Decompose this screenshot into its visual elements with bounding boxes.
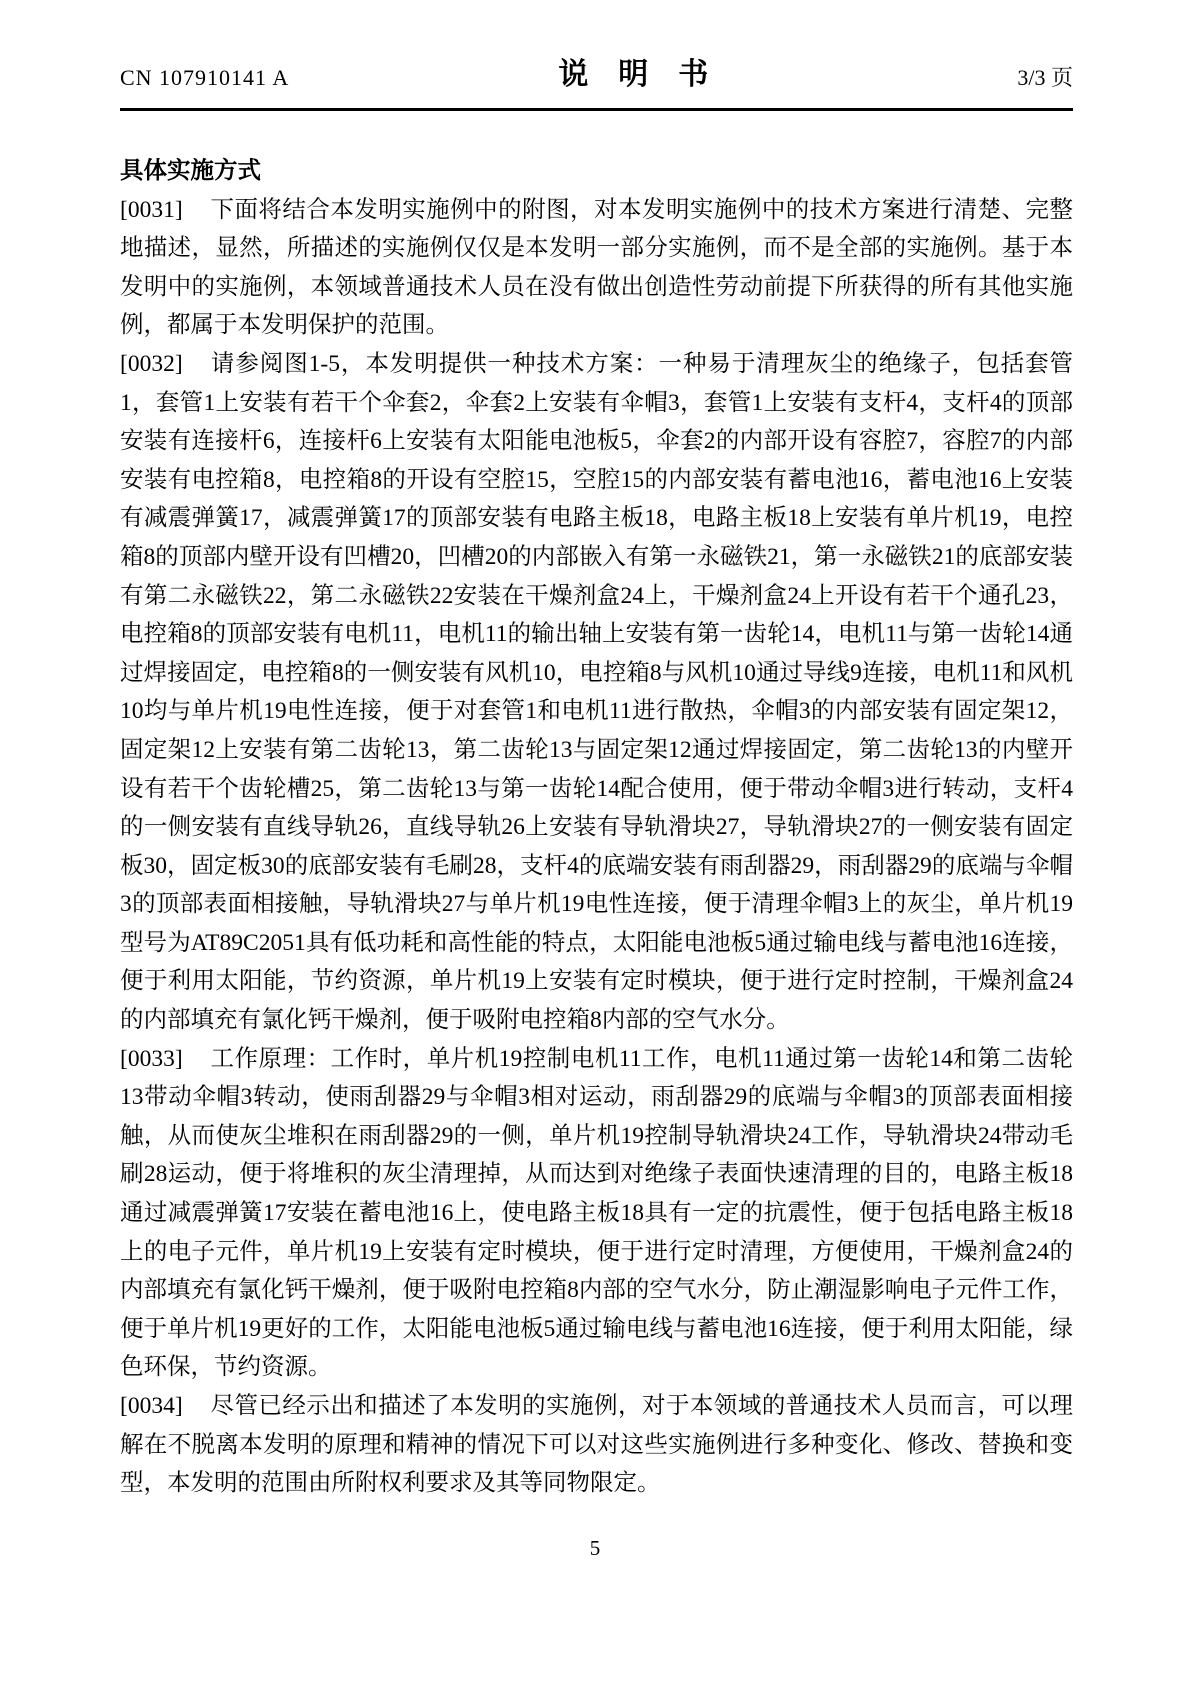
paragraph-0031: [0031]下面将结合本发明实施例中的附图，对本发明实施例中的技术方案进行清楚、… xyxy=(120,191,1073,345)
paragraph-text: 工作原理：工作时，单片机19控制电机11工作，电机11通过第一齿轮14和第二齿轮… xyxy=(120,1046,1073,1381)
section-heading: 具体实施方式 xyxy=(120,152,1073,191)
paragraph-text: 尽管已经示出和描述了本发明的实施例，对于本领域的普通技术人员而言，可以理解在不脱… xyxy=(120,1393,1073,1496)
paragraph-tag: [0033] xyxy=(120,1040,210,1079)
header-rule xyxy=(120,108,1073,111)
paragraph-tag: [0034] xyxy=(120,1387,210,1426)
page-header: CN 107910141 A 说 明 书 3/3 页 xyxy=(120,58,1073,91)
paragraph-0034: [0034]尽管已经示出和描述了本发明的实施例，对于本领域的普通技术人员而言，可… xyxy=(120,1387,1073,1503)
doc-number: CN 107910141 A xyxy=(120,65,289,91)
paragraph-text: 下面将结合本发明实施例中的附图，对本发明实施例中的技术方案进行清楚、完整地描述，… xyxy=(120,197,1073,339)
paragraph-0032: [0032]请参阅图1-5，本发明提供一种技术方案：一种易于清理灰尘的绝缘子，包… xyxy=(120,345,1073,1040)
document-body: 具体实施方式 [0031]下面将结合本发明实施例中的附图，对本发明实施例中的技术… xyxy=(120,152,1073,1503)
paragraph-text: 请参阅图1-5，本发明提供一种技术方案：一种易于清理灰尘的绝缘子，包括套管1，套… xyxy=(120,351,1073,1033)
paragraph-0033: [0033]工作原理：工作时，单片机19控制电机11工作，电机11通过第一齿轮1… xyxy=(120,1040,1073,1387)
page-indicator: 3/3 页 xyxy=(1017,65,1073,91)
paragraph-tag: [0031] xyxy=(120,191,210,230)
page-number: 5 xyxy=(0,1536,1190,1561)
doc-title: 说 明 书 xyxy=(558,58,708,91)
patent-page: CN 107910141 A 说 明 书 3/3 页 具体实施方式 [0031]… xyxy=(0,0,1190,1684)
paragraph-tag: [0032] xyxy=(120,345,210,384)
